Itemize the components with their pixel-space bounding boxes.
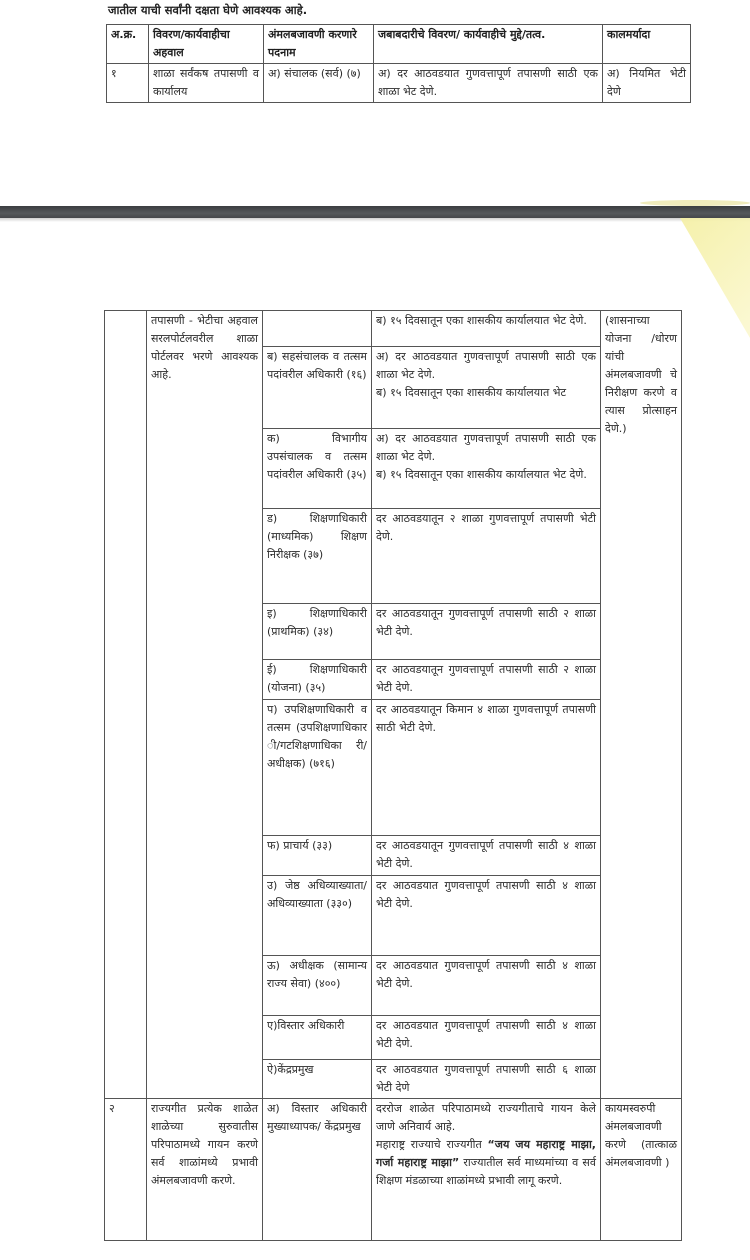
cell-officer: प) उपशिक्षणाधिकारी व तत्सम (उपशिक्षणाधिक… [263,700,372,836]
cell-officer [263,311,372,347]
page-shadow [0,218,750,222]
responsibility-table-top: अ.क्र. विवरण/कार्यवाहीचा अहवाल अंमलबजावण… [106,24,691,103]
responsibility-line: दर आठवडयातून गुणवत्तापूर्ण तपासणी साठी ४… [376,837,596,873]
cell-responsibility: दर आठवडयातून गुणवत्तापूर्ण तपासणी साठी ४… [372,836,601,876]
responsibility-line: अ) दर आठवडयात गुणवत्तापूर्ण तपासणी साठी … [376,430,596,466]
header-timeline: कालमर्यादा [603,25,691,64]
responsibility-line: दर आठवडयातून २ शाळा गुणवत्तापूर्ण तपासणी… [376,510,596,546]
cell-responsibility: दर आठवडयातून गुणवत्तापूर्ण तपासणी साठी २… [372,604,601,660]
cell-officer: ऊ) अधीक्षक (सामान्य राज्य सेवा) (४००) [263,956,372,1016]
cell-officer: ड) शिक्षणाधिकारी (माध्यमिक) शिक्षण निरीक… [263,509,372,604]
cell-timeline: अ) नियमित भेटी देणे [603,64,691,103]
cell-timeline: (शासनाच्या योजना /धोरण यांची अंमलबजावणी … [601,311,682,1099]
cell-responsibility: अ) दर आठवडयात गुणवत्तापूर्ण तपासणी साठी … [372,347,601,429]
cell-responsibility: दर आठवडयात गुणवत्तापूर्ण तपासणी साठी ४ श… [372,1016,601,1060]
state-song-title: “जय जय महाराष्ट्र माझा, गर्जा महाराष्ट्र… [376,1138,596,1169]
cell-officer: ए)विस्तार अधिकारी [263,1016,372,1060]
table-row: तपासणी - भेटीचा अहवाल सरलपोर्टलवरील शाळा… [105,311,682,347]
cell-responsibility: दर आठवडयातून गुणवत्तापूर्ण तपासणी साठी २… [372,660,601,700]
cell-responsibility: दर आठवडयात गुणवत्तापूर्ण तपासणी साठी ४ श… [372,876,601,956]
header-sr: अ.क्र. [107,25,149,64]
responsibility-line: ब) १५ दिवसातून एका शासकीय कार्यालयात भेट… [376,466,596,484]
cell-officer: अ) संचालक (सर्व) (७) [264,64,374,103]
responsibility-line: दर आठवडयात गुणवत्तापूर्ण तपासणी साठी ४ श… [376,957,596,993]
responsibility-line: ब) १५ दिवसातून एका शासकीय कार्यालयात भेट [376,384,596,402]
cell-sr: २ [105,1099,147,1241]
cell-officer: उ) जेष्ठ अधिव्याख्याता/ अधिव्याख्याता (३… [263,876,372,956]
table-row: १ शाळा सर्वंकष तपासणी व कार्यालय अ) संचा… [107,64,691,103]
cell-timeline: कायमस्वरुपी अंमलबजावणी करणे (तात्काळ अंम… [601,1099,682,1241]
cell-officer: फ) प्राचार्य (३३) [263,836,372,876]
responsibility-line: दर आठवडयातून किमान ४ शाळा गुणवत्तापूर्ण … [376,701,596,737]
responsibility-line: दर आठवडयात गुणवत्तापूर्ण तपासणी साठी ६ श… [376,1061,596,1097]
intro-text: जातील याची सर्वांनी दक्षता घेणे आवश्यक आ… [108,3,307,18]
cell-officer: ई) शिक्षणाधिकारी (योजना) (३५) [263,660,372,700]
table-header-row: अ.क्र. विवरण/कार्यवाहीचा अहवाल अंमलबजावण… [107,25,691,64]
responsibility-line: दररोज शाळेत परिपाठामध्ये राज्यगीताचे गाय… [376,1100,596,1136]
cell-officer: इ) शिक्षणाधिकारी (प्राथमिक) (३४) [263,604,372,660]
cell-responsibility: दर आठवडयातून २ शाळा गुणवत्तापूर्ण तपासणी… [372,509,601,604]
cell-description: राज्यगीत प्रत्येक शाळेत शाळेच्या सुरुवात… [147,1099,263,1241]
previous-page-fragment: जातील याची सर्वांनी दक्षता घेणे आवश्यक आ… [0,0,750,205]
responsibility-line: अ) दर आठवडयात गुणवत्तापूर्ण तपासणी साठी … [376,348,596,384]
cell-responsibility: अ) दर आठवडयात गुणवत्तापूर्ण तपासणी साठी … [374,64,603,103]
page-corner-highlight [680,218,750,338]
responsibility-table-continued: तपासणी - भेटीचा अहवाल सरलपोर्टलवरील शाळा… [104,310,682,1241]
cell-officer: ब) सहसंचालक व तत्सम पदांवरील अधिकारी (१६… [263,347,372,429]
cell-responsibility: दर आठवडयातून किमान ४ शाळा गुणवत्तापूर्ण … [372,700,601,836]
cell-officer: क) विभागीय उपसंचालक व तत्सम पदांवरील अधि… [263,429,372,509]
header-responsibility: जबाबदारीचे विवरण/ कार्यवाहीचे मुद्दे/तत्… [374,25,603,64]
page-divider [0,206,750,218]
responsibility-line: दर आठवडयातून गुणवत्तापूर्ण तपासणी साठी २… [376,661,596,697]
table-row: २राज्यगीत प्रत्येक शाळेत शाळेच्या सुरुवा… [105,1099,682,1241]
cell-description: तपासणी - भेटीचा अहवाल सरलपोर्टलवरील शाळा… [147,311,263,1099]
header-description: विवरण/कार्यवाहीचा अहवाल [149,25,264,64]
header-officer: अंमलबजावणी करणारे पदनाम [264,25,374,64]
cell-responsibility: ब) १५ दिवसातून एका शासकीय कार्यालयात भेट… [372,311,601,347]
responsibility-line: दर आठवडयातून गुणवत्तापूर्ण तपासणी साठी २… [376,605,596,641]
cell-description: शाळा सर्वंकष तपासणी व कार्यालय [149,64,264,103]
cell-officer: अ) विस्तार अधिकारी मुख्याध्यापक/ केंद्रप… [263,1099,372,1241]
cell-sr [105,311,147,1099]
cell-responsibility: दररोज शाळेत परिपाठामध्ये राज्यगीताचे गाय… [372,1099,601,1241]
cell-sr: १ [107,64,149,103]
cell-responsibility: दर आठवडयात गुणवत्तापूर्ण तपासणी साठी ६ श… [372,1060,601,1099]
responsibility-line: महाराष्ट्र राज्याचे राज्यगीत “जय जय महार… [376,1136,596,1190]
cell-responsibility: दर आठवडयात गुणवत्तापूर्ण तपासणी साठी ४ श… [372,956,601,1016]
cell-responsibility: अ) दर आठवडयात गुणवत्तापूर्ण तपासणी साठी … [372,429,601,509]
cell-officer: ऐ)केंद्रप्रमुख [263,1060,372,1099]
responsibility-line: दर आठवडयात गुणवत्तापूर्ण तपासणी साठी ४ श… [376,1017,596,1053]
responsibility-line: दर आठवडयात गुणवत्तापूर्ण तपासणी साठी ४ श… [376,877,596,913]
